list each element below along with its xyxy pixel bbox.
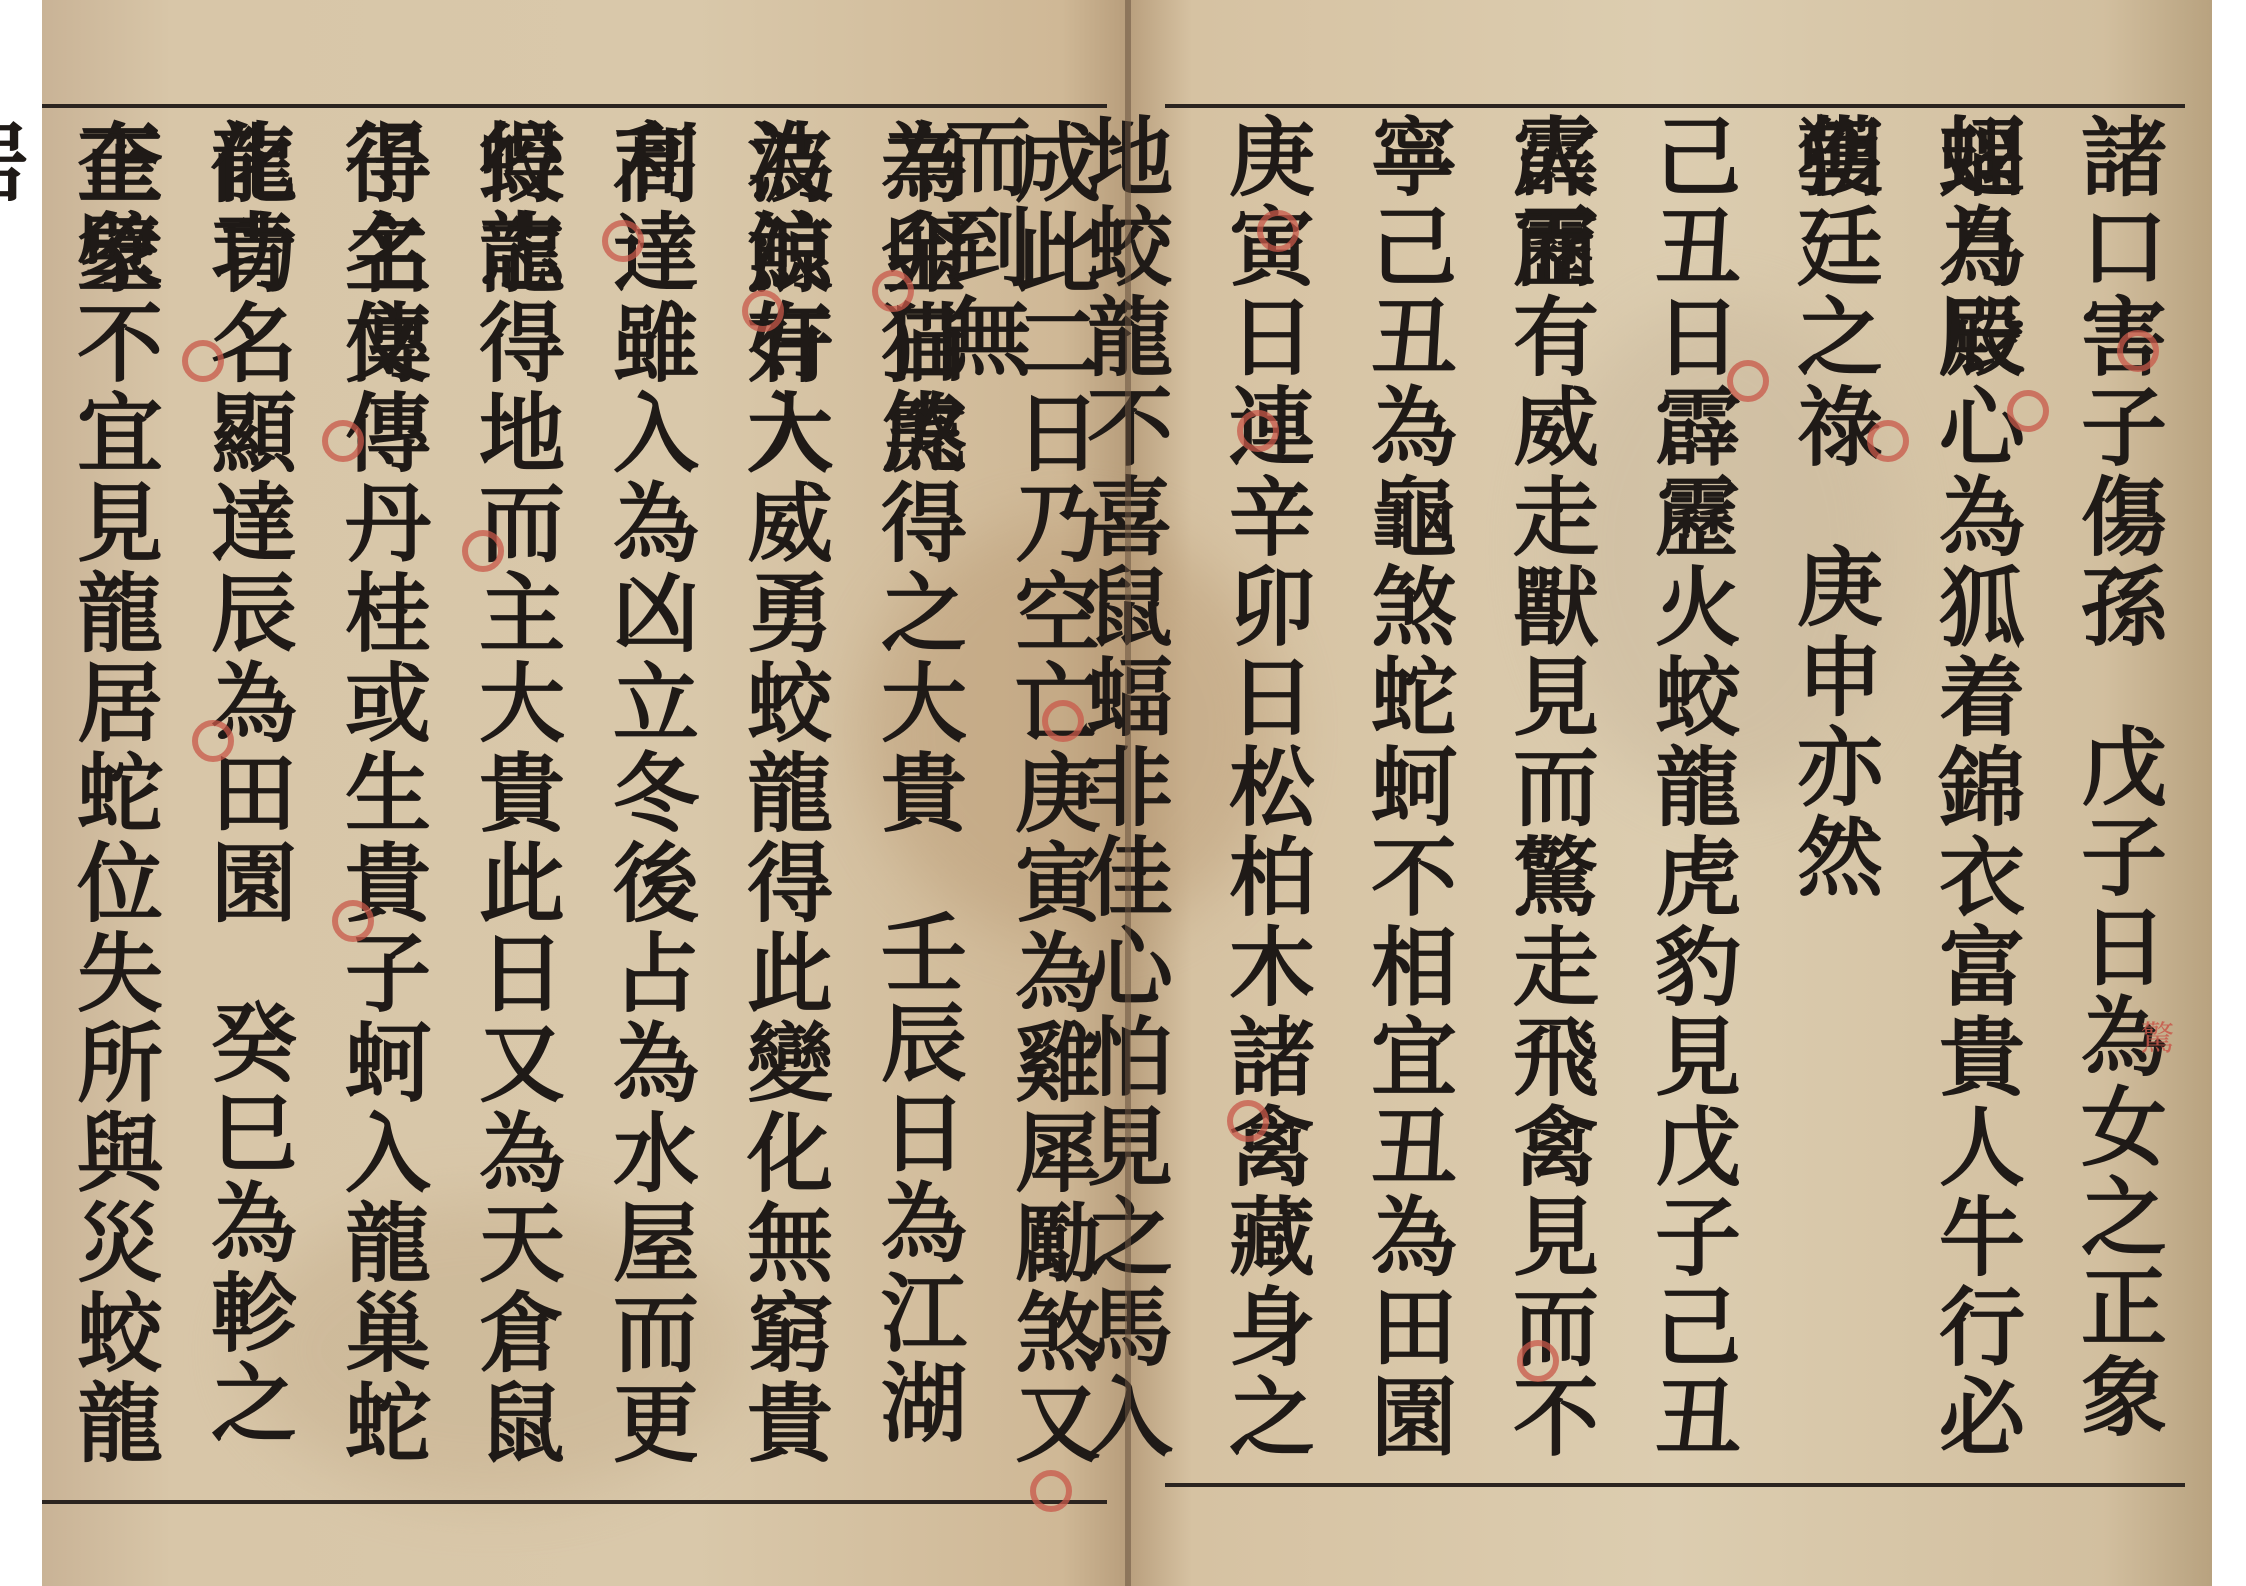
column-text: 奎壁不宜見龍居蛇位失所與災蛟龍居 <box>0 118 163 1468</box>
red-punctuation-circle-icon <box>1257 210 1299 252</box>
column-text: 庚申亦然 <box>1782 542 1883 902</box>
book-spread: 諸口害子傷孫戊子日為女之正象蝠為辰 翅月殿心為狐着錦衣富貴人牛行必獲 朝廷之祿庚… <box>42 0 2212 1586</box>
column-text: 庚寅日連辛卯日松柏木諸禽藏身之 <box>1214 112 1315 1462</box>
red-punctuation-circle-icon <box>332 900 374 942</box>
red-punctuation-circle-icon <box>322 420 364 462</box>
text-column: 成此二日乃空亡庚寅為雞犀勵煞又為金猫煞 <box>983 118 1117 1488</box>
column-text: 寧己丑為龜煞蛇蚵不相宜丑為田園 <box>1356 112 1457 1462</box>
red-punctuation-circle-icon <box>2117 330 2159 372</box>
text-column: 庚寅日連辛卯日松柏木諸禽藏身之 <box>1193 112 1335 1482</box>
red-punctuation-circle-icon <box>1517 1340 1559 1382</box>
text-column: 諸口害子傷孫戊子日為女之正象蝠為辰 <box>2045 112 2187 1482</box>
right-page: 諸口害子傷孫戊子日為女之正象蝠為辰 翅月殿心為狐着錦衣富貴人牛行必獲 朝廷之祿庚… <box>1127 0 2212 1586</box>
red-punctuation-circle-icon <box>872 270 914 312</box>
red-annotation: 驚 <box>2130 1020 2179 1054</box>
text-columns: 諸口害子傷孫戊子日為女之正象蝠為辰 翅月殿心為狐着錦衣富貴人牛行必獲 朝廷之祿庚… <box>1167 112 2187 1482</box>
red-punctuation-circle-icon <box>1727 360 1769 402</box>
red-punctuation-circle-icon <box>742 290 784 332</box>
text-column: 朝廷之祿庚申亦然 <box>1761 112 1903 1482</box>
column-text: 諸口害子傷孫 <box>2066 112 2167 652</box>
red-punctuation-circle-icon <box>462 530 504 572</box>
red-punctuation-circle-icon <box>1237 410 1279 452</box>
text-column: 奎壁不宜見龍居蛇位失所與災蛟龍居 <box>45 118 179 1488</box>
text-column: 龍功名顯達辰為田園癸巳為軫之正象 <box>179 118 313 1488</box>
text-column: 寧己丑為龜煞蛇蚵不相宜丑為田園 <box>1335 112 1477 1482</box>
red-punctuation-circle-icon <box>1042 700 1084 742</box>
left-page: 成此二日乃空亡庚寅為雞犀勵煞又為金猫煞 辛卯日虎得之大貴壬辰日為江湖波浪奸入 為… <box>42 0 1127 1586</box>
red-punctuation-circle-icon <box>602 220 644 262</box>
red-punctuation-circle-icon <box>1227 1100 1269 1142</box>
text-column: 火而有威走獸見而驚走飛禽見而不 <box>1477 112 1619 1482</box>
red-punctuation-circle-icon <box>1030 1470 1072 1512</box>
text-columns: 成此二日乃空亡庚寅為雞犀勵煞又為金猫煞 辛卯日虎得之大貴壬辰日為江湖波浪奸入 為… <box>42 118 1117 1488</box>
column-text: 火而有威走獸見而驚走飛禽見而不 <box>1498 112 1599 1462</box>
text-column: 己丑日霹靂火蛟龍虎豹見戊子己丑霹靂 <box>1619 112 1761 1482</box>
red-punctuation-circle-icon <box>192 720 234 762</box>
red-punctuation-circle-icon <box>1867 420 1909 462</box>
text-column: 蛟龍得地而主大貴此日又為天倉鼠得主文 <box>447 118 581 1488</box>
red-punctuation-circle-icon <box>2007 390 2049 432</box>
red-punctuation-circle-icon <box>182 340 224 382</box>
text-column: 利達雖入為凶立冬後占為水屋而更得志 <box>581 118 715 1488</box>
